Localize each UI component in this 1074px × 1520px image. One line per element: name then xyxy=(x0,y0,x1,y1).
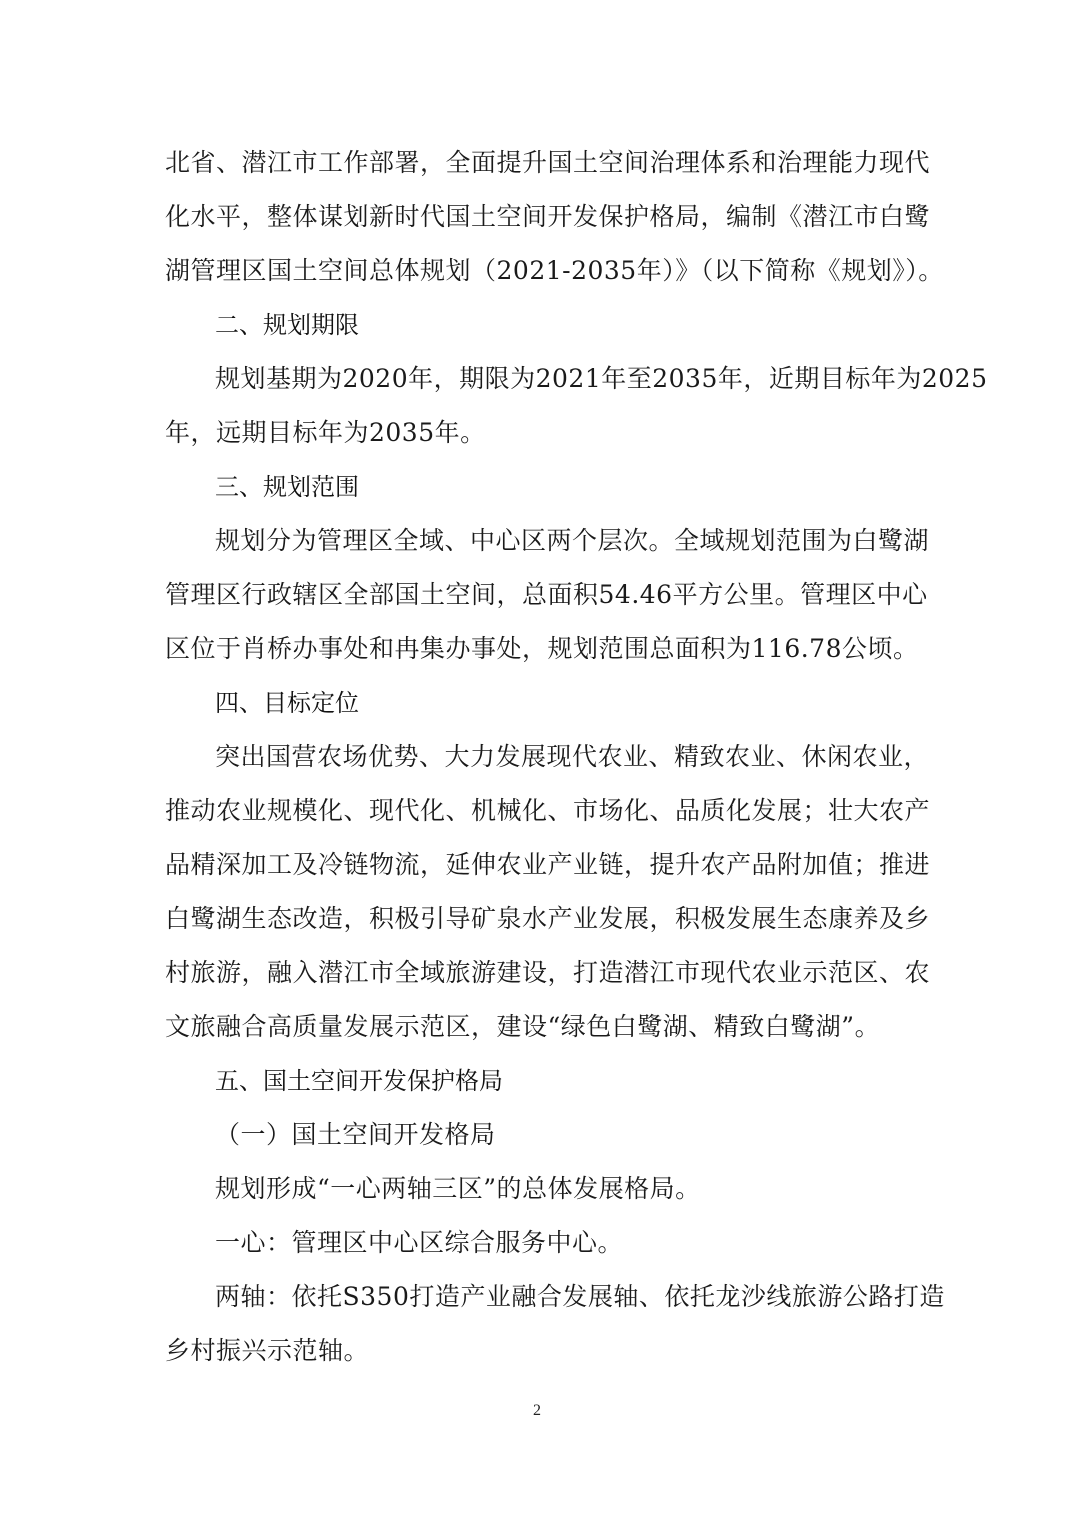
paragraph-line: 规划形成“一心两轴三区”的总体发展格局。 xyxy=(165,1162,913,1216)
section-heading-planning-period: 二、规划期限 xyxy=(165,298,913,352)
paragraph-line: 两轴：依托S350打造产业融合发展轴、依托龙沙线旅游公路打造 xyxy=(165,1270,913,1324)
paragraph-line: 一心：管理区中心区综合服务中心。 xyxy=(165,1216,913,1270)
section-heading-planning-scope: 三、规划范围 xyxy=(165,460,913,514)
spatial-pattern-paragraphs: 规划形成“一心两轴三区”的总体发展格局。 一心：管理区中心区综合服务中心。 两轴… xyxy=(165,1162,913,1378)
page-number: 2 xyxy=(0,1402,1074,1420)
paragraph-line: 推动农业规模化、现代化、机械化、市场化、品质化发展；壮大农产 xyxy=(165,784,913,838)
planning-scope-paragraph: 规划分为管理区全域、中心区两个层次。全域规划范围为白鹭湖 管理区行政辖区全部国土… xyxy=(165,514,913,676)
document-page: 北省、潜江市工作部署，全面提升国土空间治理体系和治理能力现代 化水平，整体谋划新… xyxy=(165,136,913,1378)
goal-positioning-paragraph: 突出国营农场优势、大力发展现代农业、精致农业、休闲农业， 推动农业规模化、现代化… xyxy=(165,730,913,1054)
paragraph-line: 乡村振兴示范轴。 xyxy=(165,1324,913,1378)
intro-paragraph: 北省、潜江市工作部署，全面提升国土空间治理体系和治理能力现代 化水平，整体谋划新… xyxy=(165,136,913,298)
paragraph-line: 北省、潜江市工作部署，全面提升国土空间治理体系和治理能力现代 xyxy=(165,136,913,190)
paragraph-line: 白鹭湖生态改造，积极引导矿泉水产业发展，积极发展生态康养及乡 xyxy=(165,892,913,946)
paragraph-line: 村旅游，融入潜江市全域旅游建设，打造潜江市现代农业示范区、农 xyxy=(165,946,913,1000)
paragraph-line: 年，远期目标年为2035年。 xyxy=(165,406,913,460)
paragraph-line: 规划基期为2020年，期限为2021年至2035年，近期目标年为2025 xyxy=(165,352,913,406)
paragraph-line: 文旅融合高质量发展示范区，建设“绿色白鹭湖、精致白鹭湖”。 xyxy=(165,1000,913,1054)
section-heading-spatial-pattern: 五、国土空间开发保护格局 xyxy=(165,1054,913,1108)
paragraph-line: 区位于肖桥办事处和冉集办事处，规划范围总面积为116.78公顷。 xyxy=(165,622,913,676)
paragraph-line: 突出国营农场优势、大力发展现代农业、精致农业、休闲农业， xyxy=(165,730,913,784)
planning-period-paragraph: 规划基期为2020年，期限为2021年至2035年，近期目标年为2025 年，远… xyxy=(165,352,913,460)
paragraph-line: 湖管理区国土空间总体规划（2021-2035年）》（以下简称《规划》）。 xyxy=(165,244,913,298)
subsection-heading-development-pattern: （一）国土空间开发格局 xyxy=(165,1108,913,1162)
paragraph-line: 规划分为管理区全域、中心区两个层次。全域规划范围为白鹭湖 xyxy=(165,514,913,568)
paragraph-line: 管理区行政辖区全部国土空间，总面积54.46平方公里。管理区中心 xyxy=(165,568,913,622)
paragraph-line: 品精深加工及冷链物流，延伸农业产业链，提升农产品附加值；推进 xyxy=(165,838,913,892)
paragraph-line: 化水平，整体谋划新时代国土空间开发保护格局，编制《潜江市白鹭 xyxy=(165,190,913,244)
section-heading-goal-positioning: 四、目标定位 xyxy=(165,676,913,730)
